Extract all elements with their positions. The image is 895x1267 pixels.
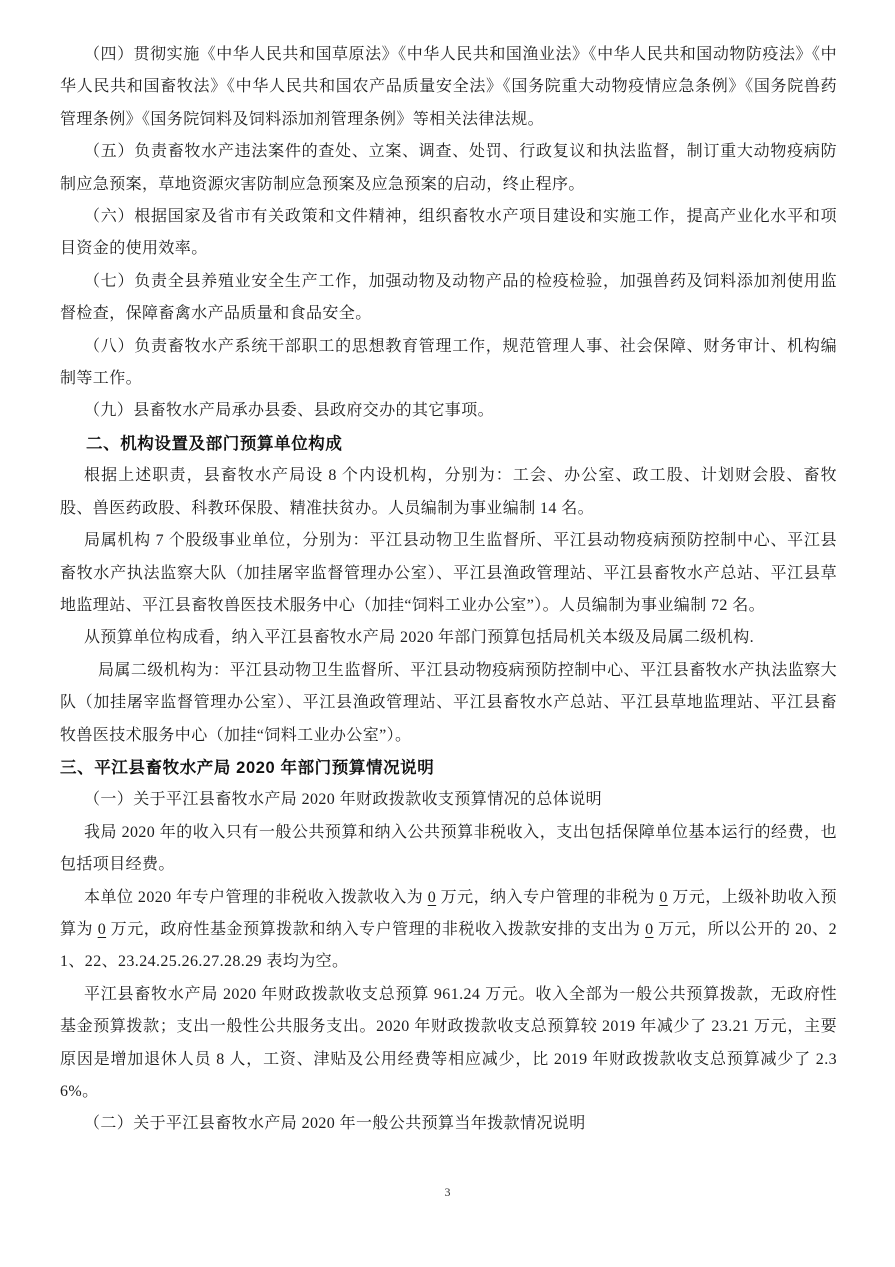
paragraph: （二）关于平江县畜牧水产局 2020 年一般公共预算当年拨款情况说明 — [60, 1108, 837, 1140]
paragraph: 本单位 2020 年专户管理的非税收入拨款收入为 0 万元，纳入专户管理的非税为… — [60, 882, 837, 979]
text-run: 根据上述职责，县畜牧水产局设 8 个内设机构，分别为：工会、办公室、政工股、计划… — [60, 467, 837, 516]
text-run: 三、平江县畜牧水产局 2020 年部门预算情况说明 — [60, 759, 434, 777]
paragraph: （九）县畜牧水产局承办县委、县政府交办的其它事项。 — [60, 395, 837, 427]
underlined-value: 0 — [98, 921, 106, 938]
text-run: 从预算单位构成看，纳入平江县畜牧水产局 2020 年部门预算包括局机关本级及局属… — [84, 629, 754, 646]
text-run: （六）根据国家及省市有关政策和文件精神，组织畜牧水产项目建设和实施工作，提高产业… — [60, 208, 837, 257]
paragraph: （五）负责畜牧水产违法案件的查处、立案、调查、处罚、行政复议和执法监督，制订重大… — [60, 136, 837, 201]
paragraph: 平江县畜牧水产局 2020 年财政拨款收支总预算 961.24 万元。收入全部为… — [60, 979, 837, 1109]
text-run: 本单位 2020 年专户管理的非税收入拨款收入为 — [84, 889, 428, 906]
paragraph: 从预算单位构成看，纳入平江县畜牧水产局 2020 年部门预算包括局机关本级及局属… — [60, 622, 837, 654]
paragraph: 局属机构 7 个股级事业单位，分别为：平江县动物卫生监督所、平江县动物疫病预防控… — [60, 525, 837, 622]
document-page: （四）贯彻实施《中华人民共和国草原法》《中华人民共和国渔业法》《中华人民共和国动… — [0, 0, 895, 1267]
paragraph: 局属二级机构为：平江县动物卫生监督所、平江县动物疫病预防控制中心、平江县畜牧水产… — [60, 655, 837, 752]
section-heading: 三、平江县畜牧水产局 2020 年部门预算情况说明 — [60, 752, 837, 784]
underlined-value: 0 — [645, 921, 653, 938]
text-run: 我局 2020 年的收入只有一般公共预算和纳入公共预算非税收入，支出包括保障单位… — [60, 824, 837, 873]
text-run: 局属机构 7 个股级事业单位，分别为：平江县动物卫生监督所、平江县动物疫病预防控… — [60, 532, 837, 614]
paragraph: （七）负责全县养殖业安全生产工作，加强动物及动物产品的检疫检验，加强兽药及饲料添… — [60, 266, 837, 331]
text-run: （一）关于平江县畜牧水产局 2020 年财政拨款收支预算情况的总体说明 — [84, 791, 602, 808]
page-number: 3 — [0, 1185, 895, 1200]
underlined-value: 0 — [428, 889, 436, 906]
text-run: （八）负责畜牧水产系统干部职工的思想教育管理工作，规范管理人事、社会保障、财务审… — [60, 338, 837, 387]
text-run: （五）负责畜牧水产违法案件的查处、立案、调查、处罚、行政复议和执法监督，制订重大… — [60, 143, 837, 192]
paragraph: 我局 2020 年的收入只有一般公共预算和纳入公共预算非税收入，支出包括保障单位… — [60, 817, 837, 882]
text-run: 二、机构设置及部门预算单位构成 — [86, 435, 343, 453]
paragraph: （八）负责畜牧水产系统干部职工的思想教育管理工作，规范管理人事、社会保障、财务审… — [60, 331, 837, 396]
section-heading: 二、机构设置及部门预算单位构成 — [60, 428, 837, 460]
underlined-value: 0 — [659, 889, 667, 906]
text-run: 局属二级机构为：平江县动物卫生监督所、平江县动物疫病预防控制中心、平江县畜牧水产… — [60, 662, 837, 744]
text-run: （二）关于平江县畜牧水产局 2020 年一般公共预算当年拨款情况说明 — [84, 1115, 586, 1132]
paragraph: 根据上述职责，县畜牧水产局设 8 个内设机构，分别为：工会、办公室、政工股、计划… — [60, 460, 837, 525]
document-body: （四）贯彻实施《中华人民共和国草原法》《中华人民共和国渔业法》《中华人民共和国动… — [0, 0, 895, 1141]
text-run: （七）负责全县养殖业安全生产工作，加强动物及动物产品的检疫检验，加强兽药及饲料添… — [60, 273, 837, 322]
text-run: （四）贯彻实施《中华人民共和国草原法》《中华人民共和国渔业法》《中华人民共和国动… — [60, 46, 837, 128]
paragraph: （四）贯彻实施《中华人民共和国草原法》《中华人民共和国渔业法》《中华人民共和国动… — [60, 39, 837, 136]
text-run: （九）县畜牧水产局承办县委、县政府交办的其它事项。 — [84, 402, 494, 419]
text-run: 平江县畜牧水产局 2020 年财政拨款收支总预算 961.24 万元。收入全部为… — [60, 986, 837, 1100]
paragraph: （六）根据国家及省市有关政策和文件精神，组织畜牧水产项目建设和实施工作，提高产业… — [60, 201, 837, 266]
paragraph: （一）关于平江县畜牧水产局 2020 年财政拨款收支预算情况的总体说明 — [60, 784, 837, 816]
text-run: 万元，政府性基金预算拨款和纳入专户管理的非税收入拨款安排的支出为 — [106, 921, 645, 938]
text-run: 万元，纳入专户管理的非税为 — [436, 889, 659, 906]
